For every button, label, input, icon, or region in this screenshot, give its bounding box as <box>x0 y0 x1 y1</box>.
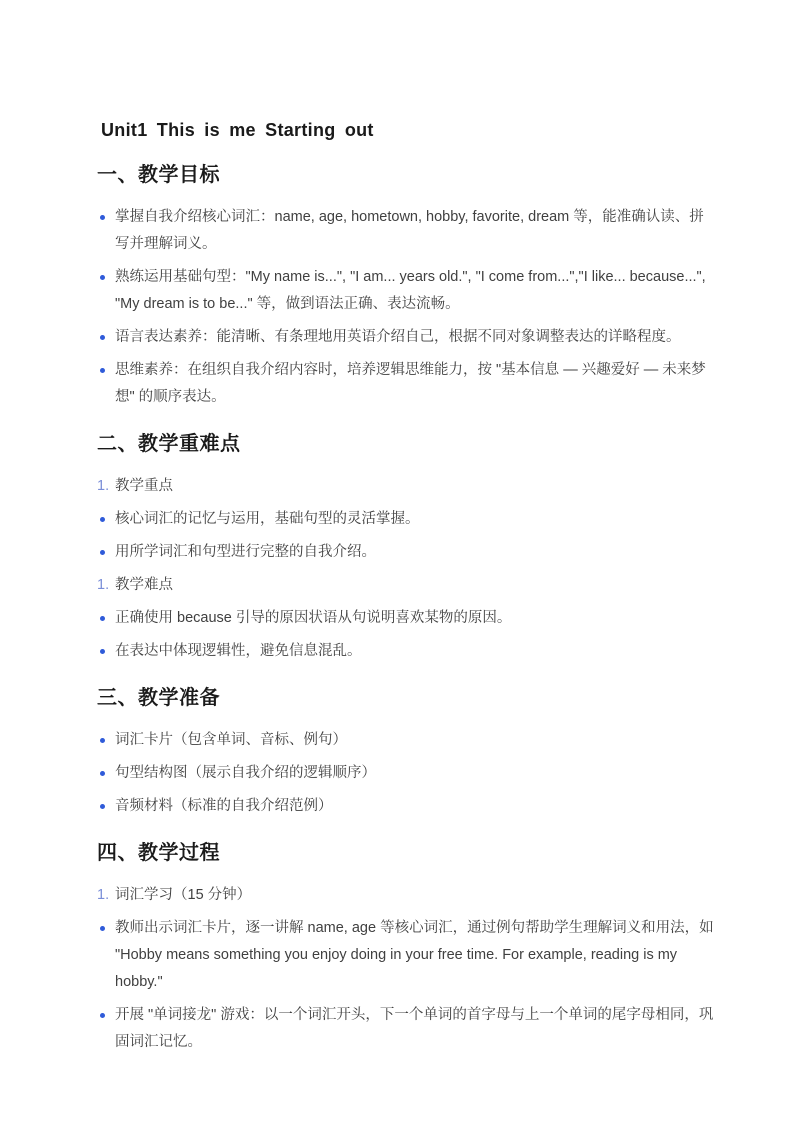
section-heading-process: 四、教学过程 <box>97 842 714 865</box>
bullet-icon <box>100 368 105 373</box>
bullet-icon <box>100 616 105 621</box>
numbered-item: 1. 词汇学习（15 分钟） <box>97 882 714 909</box>
list-item: 掌握自我介绍核心词汇：name, age, hometown, hobby, f… <box>97 204 714 258</box>
key-points-list: 核心词汇的记忆与运用，基础句型的灵活掌握。 用所学词汇和句型进行完整的自我介绍。 <box>97 506 714 566</box>
list-item-text: 正确使用 because 引导的原因状语从句说明喜欢某物的原因。 <box>115 605 714 632</box>
list-item-text: 词汇卡片（包含单词、音标、例句） <box>115 727 714 754</box>
list-item-text: 教师出示词汇卡片，逐一讲解 name, age 等核心词汇，通过例句帮助学生理解… <box>115 915 714 996</box>
bullet-icon <box>100 275 105 280</box>
list-item: 正确使用 because 引导的原因状语从句说明喜欢某物的原因。 <box>97 605 714 632</box>
list-item: 在表达中体现逻辑性，避免信息混乱。 <box>97 638 714 665</box>
section-heading-preparation: 三、教学准备 <box>97 687 714 710</box>
bullet-icon <box>100 926 105 931</box>
bullet-icon <box>100 517 105 522</box>
list-item-text: 思维素养：在组织自我介绍内容时，培养逻辑思维能力，按 "基本信息 — 兴趣爱好 … <box>115 357 714 411</box>
bullet-icon <box>100 550 105 555</box>
numbered-item-text: 词汇学习（15 分钟） <box>115 882 714 909</box>
section-heading-objectives: 一、教学目标 <box>97 164 714 187</box>
bullet-icon <box>100 804 105 809</box>
list-item: 音频材料（标准的自我介绍范例） <box>97 793 714 820</box>
list-item: 思维素养：在组织自我介绍内容时，培养逻辑思维能力，按 "基本信息 — 兴趣爱好 … <box>97 357 714 411</box>
bullet-icon <box>100 738 105 743</box>
bullet-icon <box>100 215 105 220</box>
list-item-text: 熟练运用基础句型："My name is...", "I am... years… <box>115 264 714 318</box>
preparation-list: 词汇卡片（包含单词、音标、例句） 句型结构图（展示自我介绍的逻辑顺序） 音频材料… <box>97 727 714 820</box>
section-heading-key-points: 二、教学重难点 <box>97 433 714 456</box>
list-number: 1. <box>97 882 115 909</box>
numbered-item: 1. 教学难点 <box>97 572 714 599</box>
list-item: 用所学词汇和句型进行完整的自我介绍。 <box>97 539 714 566</box>
list-item-text: 语言表达素养：能清晰、有条理地用英语介绍自己，根据不同对象调整表达的详略程度。 <box>115 324 714 351</box>
bullet-icon <box>100 335 105 340</box>
list-item-text: 掌握自我介绍核心词汇：name, age, hometown, hobby, f… <box>115 204 714 258</box>
bullet-icon <box>100 1013 105 1018</box>
numbered-item-text: 教学重点 <box>115 473 714 500</box>
list-item-text: 核心词汇的记忆与运用，基础句型的灵活掌握。 <box>115 506 714 533</box>
list-item: 核心词汇的记忆与运用，基础句型的灵活掌握。 <box>97 506 714 533</box>
list-item: 语言表达素养：能清晰、有条理地用英语介绍自己，根据不同对象调整表达的详略程度。 <box>97 324 714 351</box>
bullet-icon <box>100 771 105 776</box>
list-number: 1. <box>97 572 115 599</box>
list-item: 熟练运用基础句型："My name is...", "I am... years… <box>97 264 714 318</box>
key-points-group: 1. 教学重点 核心词汇的记忆与运用，基础句型的灵活掌握。 用所学词汇和句型进行… <box>97 473 714 665</box>
document-title: Unit1 This is me Starting out <box>101 118 714 142</box>
numbered-item: 1. 教学重点 <box>97 473 714 500</box>
list-item: 句型结构图（展示自我介绍的逻辑顺序） <box>97 760 714 787</box>
list-item: 词汇卡片（包含单词、音标、例句） <box>97 727 714 754</box>
list-item-text: 用所学词汇和句型进行完整的自我介绍。 <box>115 539 714 566</box>
difficulties-list: 正确使用 because 引导的原因状语从句说明喜欢某物的原因。 在表达中体现逻… <box>97 605 714 665</box>
list-item: 教师出示词汇卡片，逐一讲解 name, age 等核心词汇，通过例句帮助学生理解… <box>97 915 714 996</box>
process-group: 1. 词汇学习（15 分钟） 教师出示词汇卡片，逐一讲解 name, age 等… <box>97 882 714 1056</box>
numbered-item-text: 教学难点 <box>115 572 714 599</box>
list-item-text: 在表达中体现逻辑性，避免信息混乱。 <box>115 638 714 665</box>
objectives-list: 掌握自我介绍核心词汇：name, age, hometown, hobby, f… <box>97 204 714 411</box>
document-page: Unit1 This is me Starting out 一、教学目标 掌握自… <box>0 0 794 1123</box>
list-item-text: 开展 "单词接龙" 游戏：以一个词汇开头，下一个单词的首字母与上一个单词的尾字母… <box>115 1002 714 1056</box>
list-item: 开展 "单词接龙" 游戏：以一个词汇开头，下一个单词的首字母与上一个单词的尾字母… <box>97 1002 714 1056</box>
list-number: 1. <box>97 473 115 500</box>
bullet-icon <box>100 649 105 654</box>
list-item-text: 句型结构图（展示自我介绍的逻辑顺序） <box>115 760 714 787</box>
process-step-list: 教师出示词汇卡片，逐一讲解 name, age 等核心词汇，通过例句帮助学生理解… <box>97 915 714 1056</box>
list-item-text: 音频材料（标准的自我介绍范例） <box>115 793 714 820</box>
